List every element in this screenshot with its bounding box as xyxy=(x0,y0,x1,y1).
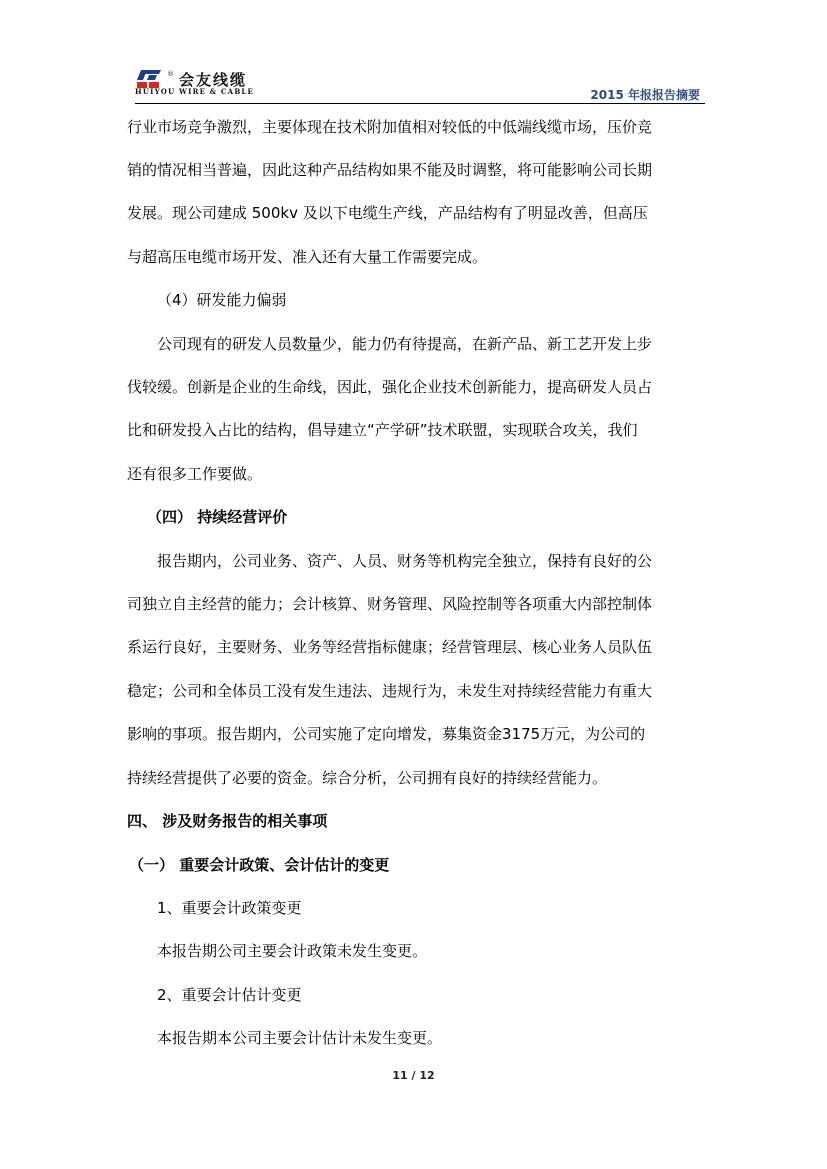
paragraph-line: 销的情况相当普遍，因此这种产品结构如果不能及时调整，将可能影响公司长期 xyxy=(127,159,652,181)
page-header: ® 会友线缆 HUIYOU WIRE & CABLE 2015 年报报告摘要 xyxy=(127,66,704,104)
report-title: 2015 年报报告摘要 xyxy=(590,86,700,103)
item-heading-estimate-change: 2、重要会计估计变更 xyxy=(157,984,302,1006)
item-text-estimate-change: 本报告期本公司主要会计估计未发生变更。 xyxy=(157,1027,442,1049)
paragraph-line: 报告期内，公司业务、资产、人员、财务等机构完全独立，保持有良好的公 xyxy=(157,550,652,572)
paragraph-line: 行业市场竞争激烈，主要体现在技术附加值相对较低的中低端线缆市场，压价竞 xyxy=(127,116,652,138)
paragraph-line: 持续经营提供了必要的资金。综合分析，公司拥有良好的持续经营能力。 xyxy=(127,767,607,789)
paragraph-line: 还有很多工作要做。 xyxy=(127,463,262,485)
paragraph-line: 比和研发投入占比的结构，倡导建立“产学研”技术联盟，实现联合攻关，我们 xyxy=(127,419,638,441)
paragraph-line: 发展。现公司建成 500kv 及以下电缆生产线，产品结构有了明显改善，但高压 xyxy=(127,202,648,224)
page-number: 11 / 12 xyxy=(0,1069,827,1082)
registered-mark: ® xyxy=(167,70,174,78)
paragraph-line: 伐较缓。创新是企业的生命线，因此，强化企业技术创新能力，提高研发人员占 xyxy=(127,376,652,398)
section-heading-financial-matters: 四、 涉及财务报告的相关事项 xyxy=(127,810,327,832)
item-text-policy-change: 本报告期公司主要会计政策未发生变更。 xyxy=(157,940,427,962)
brand-name-en: HUIYOU WIRE & CABLE xyxy=(135,87,254,96)
item-heading-policy-change: 1、重要会计政策变更 xyxy=(157,897,302,919)
subheading-rd-weakness: （4）研发能力偏弱 xyxy=(157,289,287,311)
paragraph-line: 司独立自主经营的能力；会计核算、财务管理、风险控制等各项重大内部控制体 xyxy=(127,593,652,615)
paragraph-line: 公司现有的研发人员数量少，能力仍有待提高，在新产品、新工艺开发上步 xyxy=(157,333,652,355)
company-logo: ® 会友线缆 HUIYOU WIRE & CABLE xyxy=(135,66,285,100)
header-divider xyxy=(135,103,705,104)
paragraph-line: 系运行良好，主要财务、业务等经营指标健康；经营管理层、核心业务人员队伍 xyxy=(127,636,652,658)
paragraph-line: 与超高压电缆市场开发、准入还有大量工作需要完成。 xyxy=(127,246,487,268)
paragraph-line: 影响的事项。报告期内，公司实施了定向增发，募集资金3175万元，为公司的 xyxy=(127,723,645,745)
subsection-heading-accounting-changes: （一） 重要会计政策、会计估计的变更 xyxy=(129,854,389,876)
paragraph-line: 稳定；公司和全体员工没有发生违法、违规行为，未发生对持续经营能力有重大 xyxy=(127,680,652,702)
section-heading-going-concern: （四） 持续经营评价 xyxy=(147,506,287,528)
